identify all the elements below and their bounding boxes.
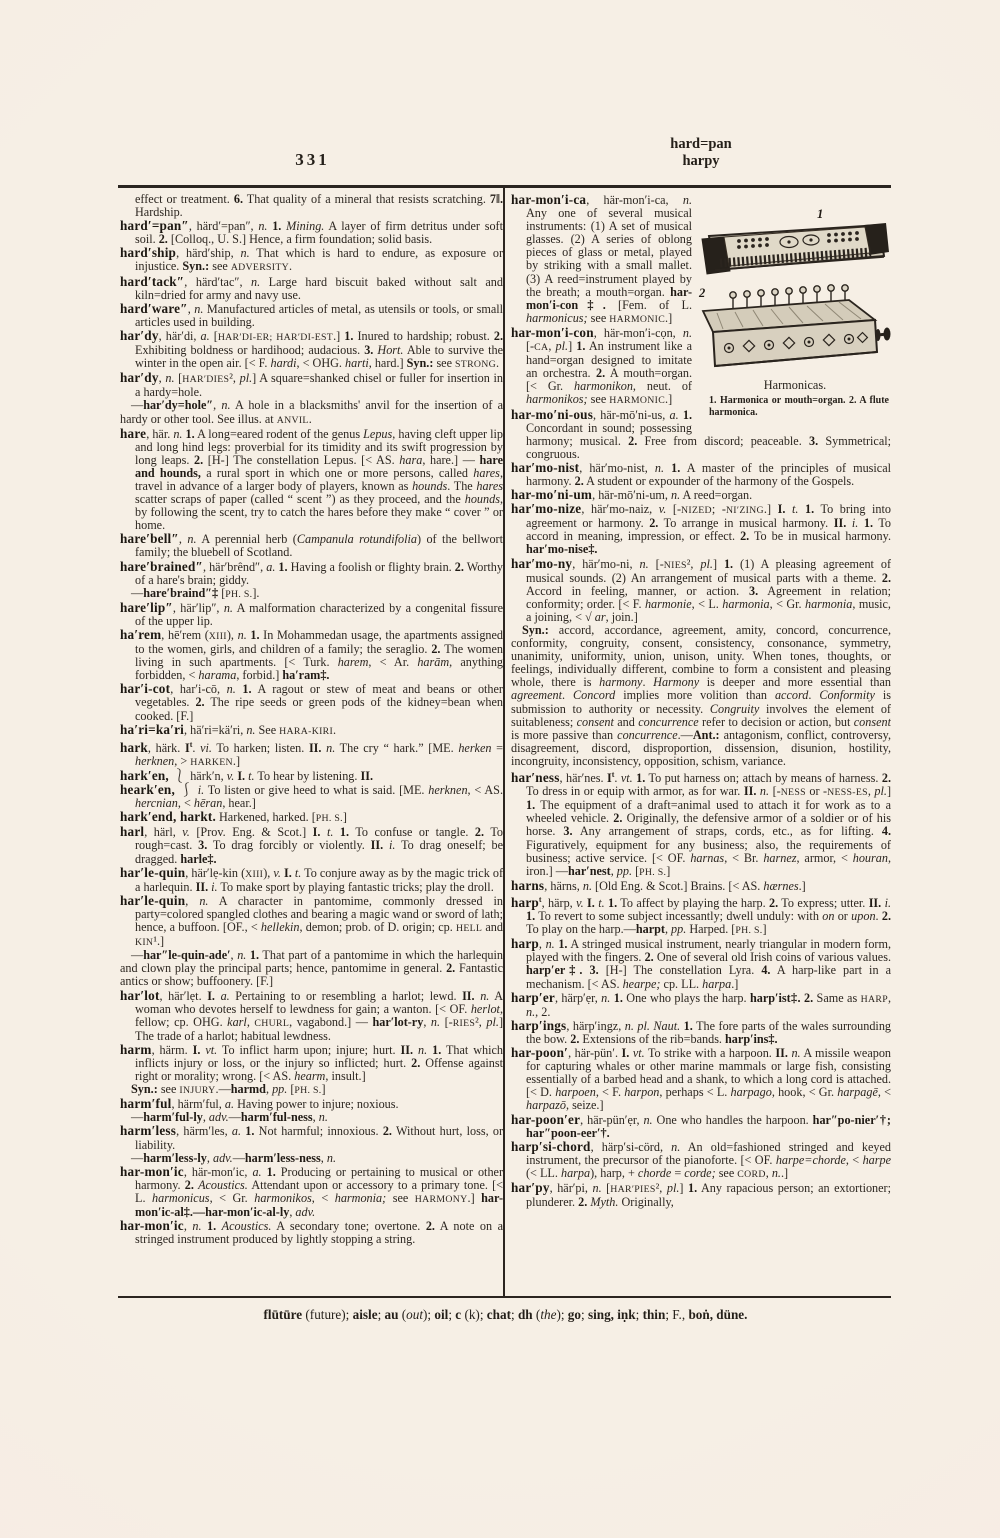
dictionary-entry: harm′ful, härm′ful, a. Having power to i… — [120, 1097, 503, 1111]
dictionary-entry: hare′lip″, här′lip″, n. A malformation c… — [120, 601, 503, 628]
dictionary-entry: har′mo-nize, här′mo-naiz, v. [-NIZED; -N… — [511, 502, 891, 556]
dictionary-entry: har′dy, här′di, a. [HAR′DI-ER; HAR′DI-ES… — [120, 329, 503, 371]
dictionary-entry: har′dy, n. [HAR′DIES², pl.] A square=sha… — [120, 371, 503, 399]
dictionary-entry: har-poon′er, här-pün′ẹr, n. One who hand… — [511, 1113, 891, 1140]
dictionary-entry: har-poon′, här-pün′. I. vt. To strike wi… — [511, 1046, 891, 1112]
footer-rule — [118, 1296, 891, 1298]
pronunciation-key: flūtūre (future); aisle; au (out); oil; … — [120, 1307, 891, 1323]
dictionary-entry: harl, härl, v. [Prov. Eng. & Scot.] I. t… — [120, 825, 503, 865]
mouth-organ-illustration — [699, 220, 891, 282]
dictionary-entry: har′mo-nist, här′mo-nist, n. 1. A master… — [511, 461, 891, 488]
dictionary-entry: harpt, härp, v. I. t. 1. To affect by pl… — [511, 893, 891, 937]
dictionary-entry: har-mon′ic, n. 1. Acoustics. A secondary… — [120, 1219, 503, 1246]
flute-harmonica-illustration — [699, 282, 891, 374]
dictionary-entry: har′lot, här′lẹt. I. a. Pertaining to or… — [120, 989, 503, 1043]
dictionary-entry: hard′=pan″, härd′=pan″, n. 1. Mining. A … — [120, 219, 503, 246]
dictionary-entry: —hare′braind″‡ [PH. S.]. — [120, 587, 503, 601]
dictionary-entry: harp, n. 1. A stringed musical instrumen… — [511, 937, 891, 990]
header-rule — [118, 185, 891, 188]
guide-word-first: hard=pan — [511, 136, 891, 153]
dictionary-entry: —har′dy=hole″, n. A hole in a blacksmith… — [120, 399, 503, 426]
dictionary-entry: ha′rem, hē′rem (XIII), n. 1. In Mohammed… — [120, 628, 503, 682]
dictionary-entry: hark′end, harkt. Harkened, harked. [PH. … — [120, 810, 503, 825]
column-divider-rule — [503, 185, 505, 1296]
dictionary-entry: har′ness, här′nes. It. vt. 1. To put har… — [511, 768, 891, 879]
dictionary-entry: har′py, här′pi, n. [HAR′PIES², pl.] 1. A… — [511, 1181, 891, 1209]
dictionary-entry: har′mo-ny, här′mo-ni, n. [-NIES², pl.] 1… — [511, 557, 891, 624]
dictionary-entry: hard′ship, härd′ship, n. That which is h… — [120, 246, 503, 274]
dictionary-entry: Syn.: see INJURY.—harmd, pp. [PH. S.] — [120, 1083, 503, 1097]
dictionary-entry: hark′en, ⎱ härk′n, v. I. t. To hear by l… — [120, 769, 503, 783]
dictionary-entry: harp′si-chord, härp′si-cörd, n. An old=f… — [511, 1140, 891, 1181]
dictionary-entry: heark′en, ⎰ i. To listen or give heed to… — [120, 783, 503, 810]
dictionary-entry: harm, härm. I. vt. To inflict harm upon;… — [120, 1043, 503, 1083]
dictionary-entry: hare′brained″, här′brênd″, a. 1. Having … — [120, 560, 503, 587]
guide-word-last: harpy — [511, 153, 891, 170]
figure-legend: 1. Harmonica or mouth=organ. 2. A flute … — [699, 393, 891, 419]
dictionary-entry: har′le-quin, n. A character in pantomime… — [120, 894, 503, 949]
dictionary-entry: —har″le-quin-ade′, n. 1. That part of a … — [120, 949, 503, 988]
dictionary-entry: harns, härns, n. [Old Eng. & Scot.] Brai… — [511, 879, 891, 893]
dictionary-entry: harm′less, härm′les, a. 1. Not harmful; … — [120, 1124, 503, 1151]
figure-number-1: 1 — [699, 207, 891, 220]
dictionary-entry: har-mon′ic, här-mon′ic, a. 1. Producing … — [120, 1165, 503, 1219]
dictionary-entry: effect or treatment. 6. That quality of … — [120, 193, 503, 219]
guide-words: hard=pan harpy — [511, 136, 891, 170]
dictionary-entry: har-mo′ni-um, här-mō′ni-um, n. A reed=or… — [511, 488, 891, 502]
right-column: 1 2 — [511, 193, 891, 1295]
dictionary-entry: hare, här. n. 1. A long=eared rodent of … — [120, 427, 503, 533]
dictionary-entry: hare′bell″, n. A perennial herb (Campanu… — [120, 532, 503, 559]
dictionary-entry: harp′ings, härp′ingz, n. pl. Naut. 1. Th… — [511, 1019, 891, 1046]
dictionary-entry: —harm′ful-ly, adv.—harm′ful-ness, n. — [120, 1111, 503, 1124]
dictionary-entry: ha′ri=ka′ri, hä′ri=kä′ri, n. See HARA-KI… — [120, 723, 503, 738]
left-column: effect or treatment. 6. That quality of … — [120, 193, 503, 1295]
dictionary-entry: hard′tack″, härd′tac″, n. Large hard bis… — [120, 275, 503, 302]
page-number: 331 — [120, 150, 505, 170]
dictionary-entry: hard′ware″, n. Manufactured articles of … — [120, 302, 503, 329]
dictionary-entry: Syn.: accord, accordance, agreement, ami… — [511, 624, 891, 768]
dictionary-entry: har′i-cot, har′i-cō, n. 1. A ragout or s… — [120, 682, 503, 722]
dictionary-entry: harp′er, härp′ẹr, n. 1. One who plays th… — [511, 991, 891, 1019]
dictionary-entry: har′le-quin, här′lẹ-kin (XIII), v. I. t.… — [120, 866, 503, 894]
dictionary-page: 331 hard=pan harpy effect or treatment. … — [0, 0, 1000, 1538]
dictionary-entry: hark, härk. It. vi. To harken; listen. I… — [120, 738, 503, 769]
figure-number-2: 2 — [699, 286, 705, 299]
figure-caption: Harmonicas. — [699, 378, 891, 393]
harmonica-figure: 1 2 — [699, 207, 891, 419]
